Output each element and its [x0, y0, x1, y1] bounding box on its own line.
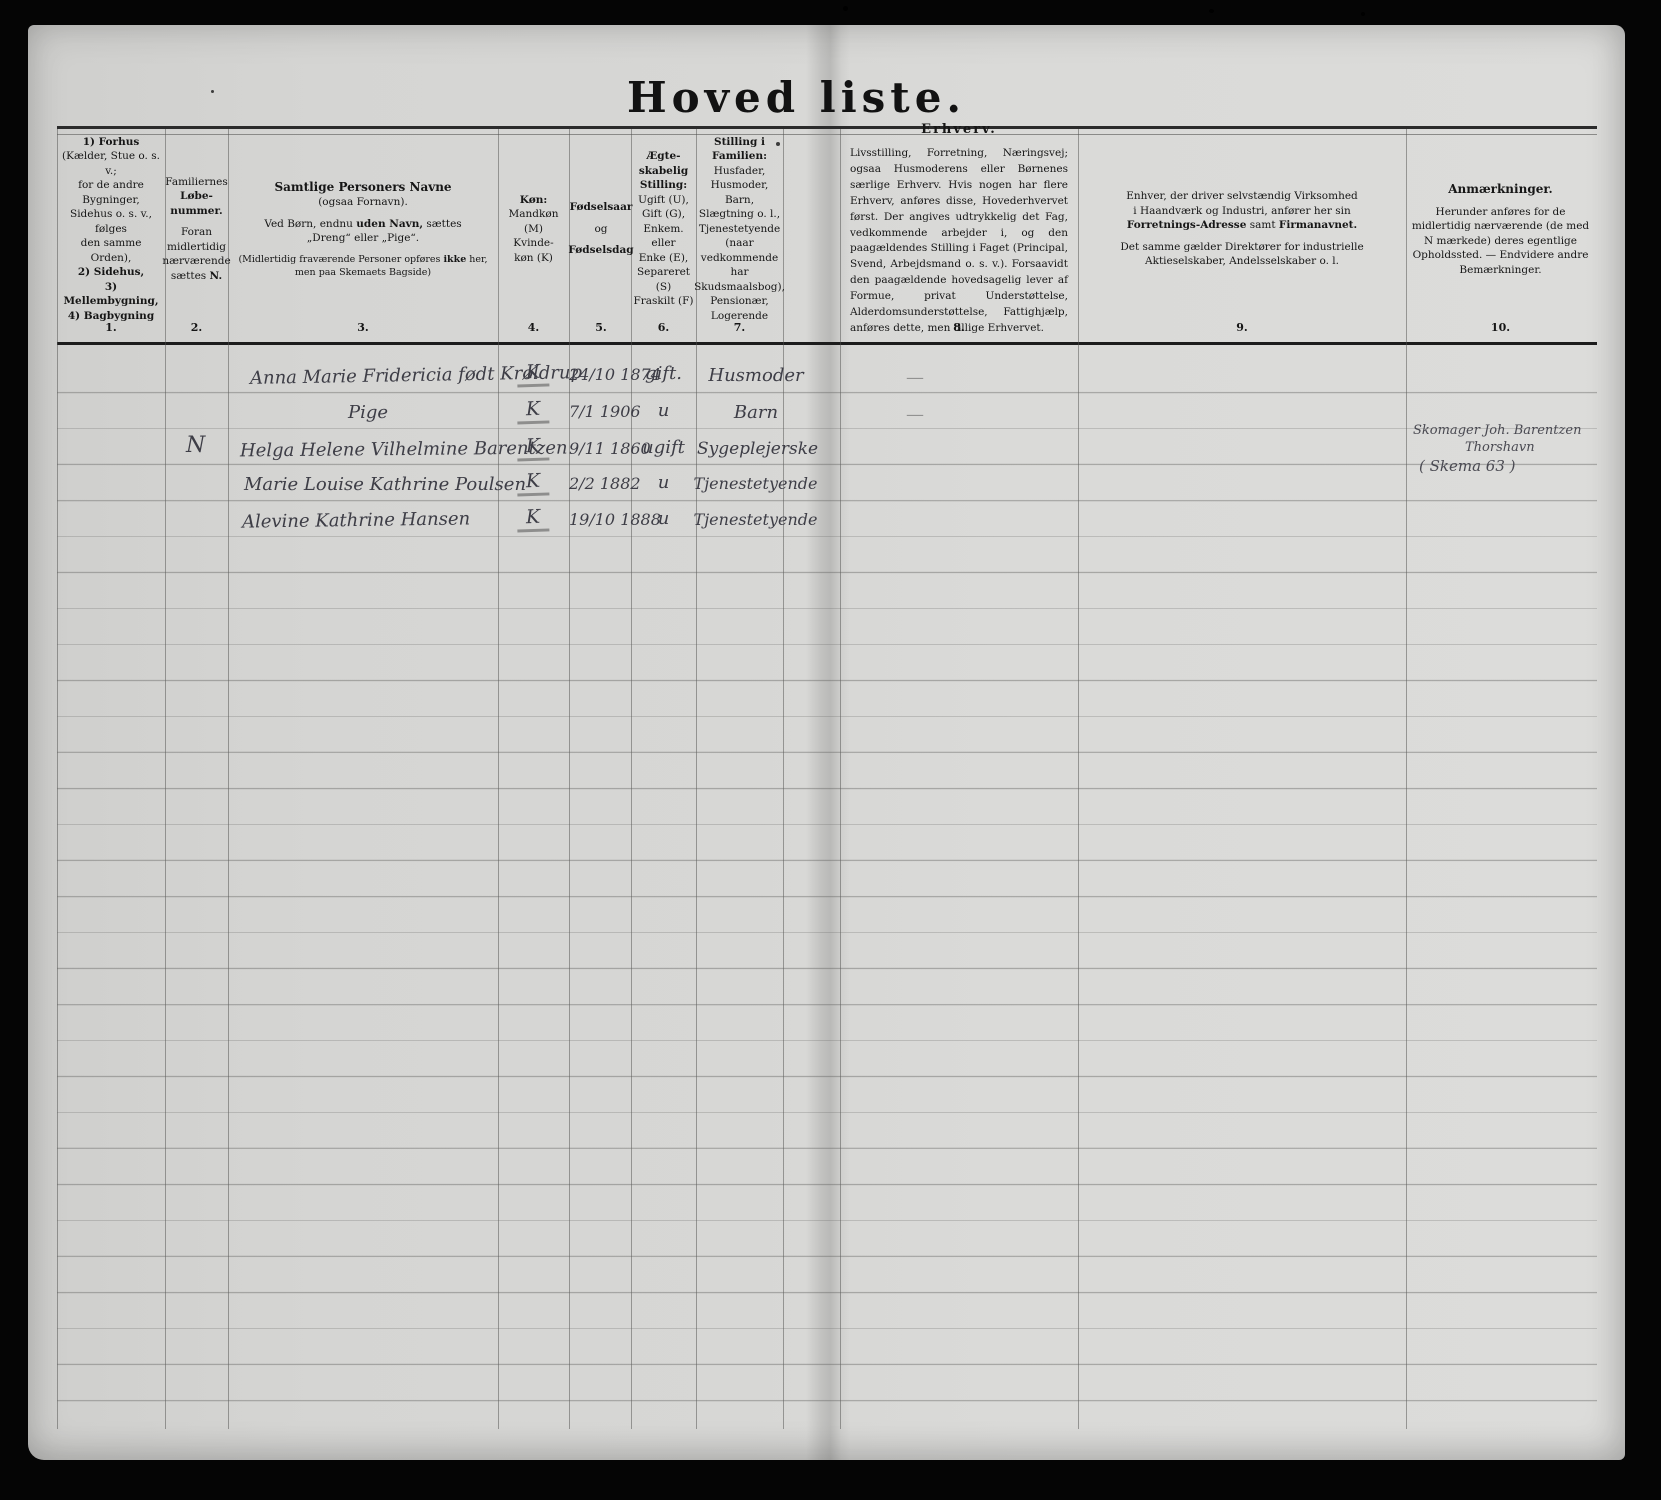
entry-sex: K: [500, 506, 567, 532]
dust-speck: [843, 6, 848, 11]
col-number-6: 6.: [633, 321, 694, 337]
entry-status: ugift: [631, 437, 696, 458]
header-col-forretningsadresse: Enhver, der driver selvstændig Virksomhe…: [1080, 133, 1404, 325]
header-col-aegteskabelig: Ægte- skabelig Stilling: Ugift (U), Gift…: [633, 133, 694, 325]
dust-speck: [1361, 12, 1365, 16]
header-col-stilling-familien: Stilling i Familien: Husfader, Husmoder,…: [698, 133, 781, 325]
entry-status: gift.: [631, 363, 696, 384]
annotation-note: Skomager Joh. Barentzen Thorshavn ( Skem…: [1413, 423, 1598, 476]
entry-sex: K: [500, 361, 567, 387]
page-title: Hoved liste.: [0, 73, 1595, 122]
entry-family: Barn: [696, 402, 816, 423]
entry-sex: K: [500, 398, 567, 424]
col-number-4: 4.: [500, 321, 567, 337]
col-number-5: 5.: [571, 321, 631, 337]
entry-born: 19/10 1888: [569, 510, 631, 529]
entry-family: Husmoder: [696, 365, 816, 386]
entry-erhverv-dash: —: [906, 404, 924, 425]
entry-name: Alevine Kathrine Hansen: [242, 508, 470, 532]
col-number-7: 7.: [698, 321, 781, 337]
entry-family: Tjenestetyende: [683, 474, 828, 493]
col-number-9: 9.: [1080, 321, 1404, 337]
entry-name: Pige: [348, 402, 388, 423]
header-col-foedselsaar: Fødselsaar og Fødselsdag: [571, 133, 631, 325]
header-col-anmaerkninger: Anmærkninger. Herunder anføres for de mi…: [1408, 133, 1593, 325]
entry-sex: K: [500, 435, 567, 461]
header-col-loebenummer: Familiernes Løbe- nummer. Foran midlerti…: [167, 133, 226, 325]
entry-erhverv-dash: —: [906, 367, 924, 388]
entry-n-mark: N: [186, 433, 205, 458]
entry-sex: K: [500, 470, 567, 496]
entry-family: Sygeplejerske: [690, 439, 825, 459]
entry-born: 7/1 1906: [569, 402, 631, 421]
document-paper: Hoved liste. 1) Forhus (Kælder, Stue o. …: [28, 25, 1625, 1460]
col-number-2: 2.: [167, 321, 226, 337]
header-col-navne: Samtlige Personers Navne (ogsaa Fornavn)…: [230, 133, 496, 325]
entry-born: 24/10 1874: [569, 365, 631, 384]
table-rows-ruling: [57, 345, 1597, 1408]
col-number-1: 1.: [59, 321, 163, 337]
entry-born: 9/11 1860: [569, 439, 631, 458]
dust-speck: [1209, 9, 1214, 13]
col-number-10: 10.: [1408, 321, 1593, 337]
entry-status: u: [631, 400, 696, 421]
col-number-3: 3.: [230, 321, 496, 337]
header-col-forhus: 1) Forhus (Kælder, Stue o. s. v.; for de…: [59, 133, 163, 325]
entry-born: 2/2 1882: [569, 474, 631, 493]
entry-name: Marie Louise Kathrine Poulsen: [244, 474, 526, 495]
scanned-census-page: Hoved liste. 1) Forhus (Kælder, Stue o. …: [0, 0, 1661, 1500]
entry-family: Tjenestetyende: [683, 510, 828, 529]
header-col-erhverv: Erhverv. Livsstilling, Forretning, Nærin…: [842, 133, 1076, 325]
header-col-koen: Køn: Mandkøn (M) Kvinde- køn (K): [500, 133, 567, 325]
col-number-8: 8.: [842, 321, 1076, 337]
